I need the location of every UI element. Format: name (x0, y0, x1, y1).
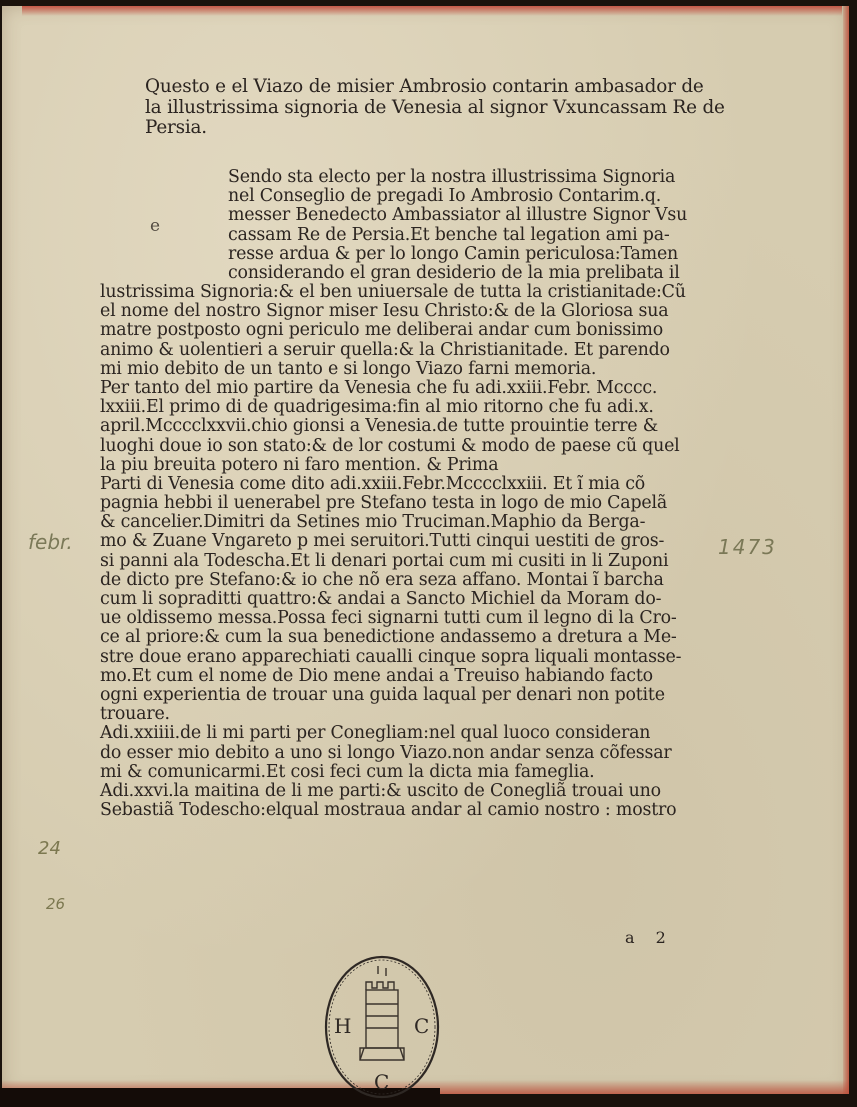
body-text: lustrissima Signoria:& el ben uniuersale… (100, 283, 686, 820)
text-line: Adi.xxiiii.de li mi parti per Conegliam:… (100, 724, 686, 743)
text-line: resse ardua & per lo longo Camin pericul… (228, 245, 687, 264)
text-line: el nome del nostro Signor miser Iesu Chr… (100, 302, 686, 321)
text-line: do esser mio debito a uno si longo Viazo… (100, 744, 686, 763)
guide-letter: e (150, 216, 160, 236)
text-line: april.Mcccclxxvii.chio gionsi a Venesia.… (100, 417, 686, 436)
text-line: mi & comunicarmi.Et cosi feci cum la dic… (100, 763, 686, 782)
text-line: mi mio debito de un tanto e si longo Via… (100, 360, 686, 379)
text-line: si panni ala Todescha.Et li denari porta… (100, 552, 686, 571)
text-line: lustrissima Signoria:& el ben uniuersale… (100, 283, 686, 302)
margin-note-24: 24 (38, 838, 61, 859)
margin-note-left: febr. (28, 530, 73, 554)
text-line: ue oldissemo messa.Possa feci signarni t… (100, 609, 686, 628)
text-line: luoghi doue io son stato:& de lor costum… (100, 437, 686, 456)
text-line: ogni experientia de trouar una guida laq… (100, 686, 686, 705)
red-edge-right (843, 6, 849, 1094)
stamp-letter-right: C (414, 1014, 429, 1038)
margin-note-year: 1473 (718, 535, 777, 559)
margin-note-26: 26 (46, 895, 65, 913)
text-line: mo & Zuane Vngareto p mei seruitori.Tutt… (100, 532, 686, 551)
text-line: Sendo sta electo per la nostra illustris… (228, 168, 687, 187)
text-line: animo & uolentieri a seruir quella:& la … (100, 341, 686, 360)
text-line: mo.Et cum el nome de Dio mene andai a Tr… (100, 667, 686, 686)
red-edge-top (22, 6, 842, 16)
text-line: Adi.xxvi.la maitina de li me parti:& usc… (100, 782, 686, 801)
text-line: la piu breuita potero ni faro mention. &… (100, 456, 686, 475)
text-line: stre doue erano apparechiati caualli cin… (100, 648, 686, 667)
text-line: trouare. (100, 705, 686, 724)
text-line: cum li sopraditti quattro:& andai a Sanc… (100, 590, 686, 609)
stamp-letter-left: H (334, 1014, 351, 1038)
indented-paragraph: Sendo sta electo per la nostra illustris… (228, 168, 687, 283)
text-line: ce al priore:& cum la sua benedictione a… (100, 628, 686, 647)
text-line: Parti di Venesia come dito adi.xxiii.Feb… (100, 475, 686, 494)
heading-line: Questo e el Viazo de misier Ambrosio con… (145, 77, 725, 98)
text-line: & cancelier.Dimitri da Setines mio Truci… (100, 513, 686, 532)
title-heading: Questo e el Viazo de misier Ambrosio con… (145, 77, 725, 139)
text-line: lxxiii.El primo di de quadrigesima:fin a… (100, 398, 686, 417)
text-line: pagnia hebbi il uenerabel pre Stefano te… (100, 494, 686, 513)
text-line: considerando el gran desiderio de la mia… (228, 264, 687, 283)
text-line: nel Conseglio de pregadi Io Ambrosio Con… (228, 187, 687, 206)
text-line: Sebastiã Todescho:elqual mostraua andar … (100, 801, 686, 820)
text-line: de dicto pre Stefano:& io che nõ era sez… (100, 571, 686, 590)
signature-mark: a 2 (625, 928, 674, 947)
heading-line: Persia. (145, 118, 725, 139)
text-line: cassam Re de Persia.Et benche tal legati… (228, 226, 687, 245)
text-line: messer Benedecto Ambassiator al illustre… (228, 206, 687, 225)
text-line: matre postposto ogni periculo me deliber… (100, 321, 686, 340)
stamp-letter-bottom: C (374, 1070, 389, 1094)
library-stamp: H C C (322, 952, 442, 1102)
heading-line: la illustrissima signoria de Venesia al … (145, 98, 725, 119)
text-line: Per tanto del mio partire da Venesia che… (100, 379, 686, 398)
